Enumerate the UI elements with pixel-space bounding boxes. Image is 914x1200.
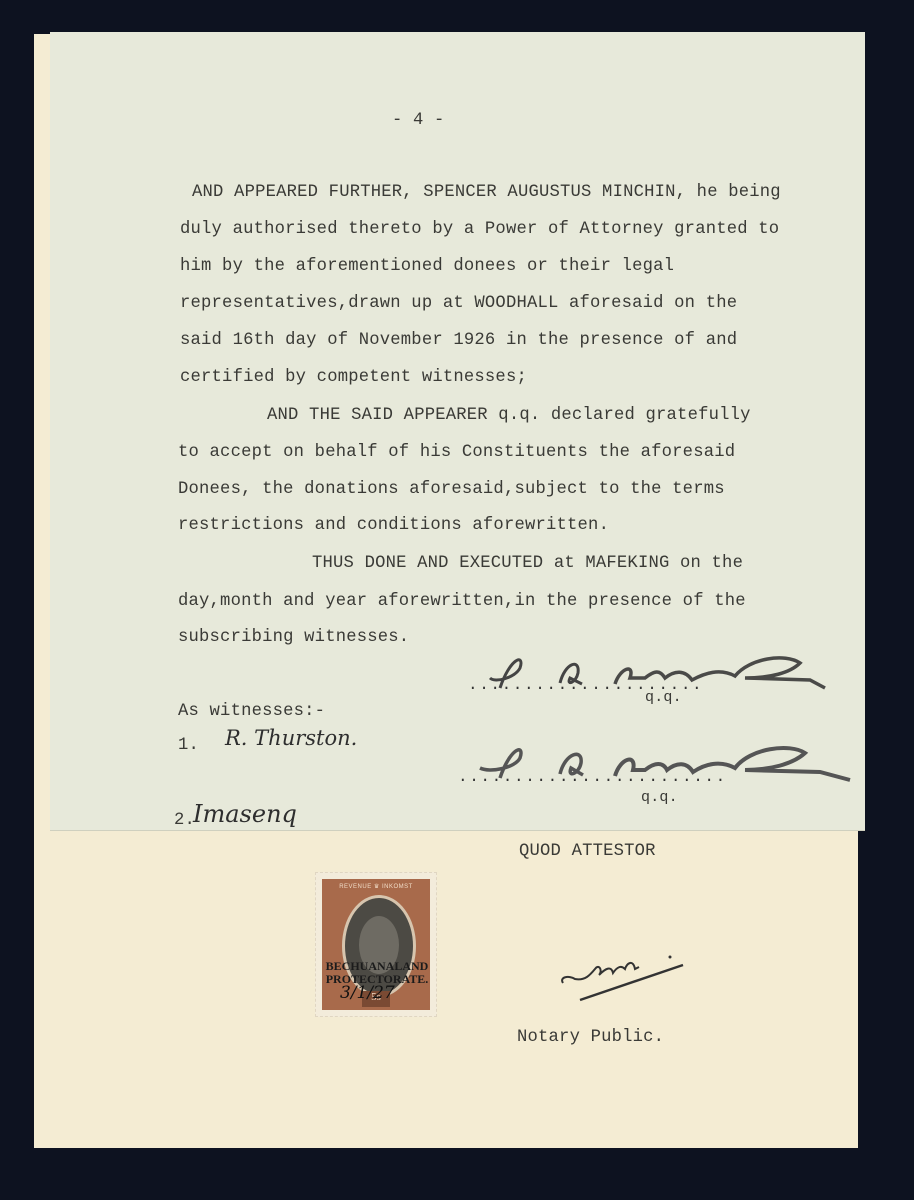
body-line: AND THE SAID APPEARER q.q. declared grat… (267, 407, 751, 424)
quod-attestor-heading: QUOD ATTESTOR (519, 843, 656, 860)
stamp-frame: REVENUE ♛ INKOMST BECHUANALAND PROTECTOR… (322, 879, 430, 1010)
body-line: restrictions and conditions aforewritten… (178, 517, 609, 534)
qq-label: q.q. (645, 690, 682, 705)
revenue-stamp: REVENUE ♛ INKOMST BECHUANALAND PROTECTOR… (315, 872, 437, 1017)
body-line: duly authorised thereto by a Power of At… (180, 221, 779, 238)
qq-label: q.q. (641, 790, 678, 805)
body-line: Donees, the donations aforesaid,subject … (178, 481, 725, 498)
notary-public-label: Notary Public. (517, 1029, 664, 1046)
body-line: certified by competent witnesses; (180, 369, 527, 386)
body-line: him by the aforementioned donees or thei… (180, 258, 674, 275)
witness-signature-1: R. Thurston. (225, 726, 357, 750)
stamp-cancellation: 3/1/27 (340, 983, 395, 1003)
witness-number-1: 1. (178, 737, 199, 754)
signature-line: ........................ (458, 768, 727, 786)
witness-number-2: 2. (174, 812, 195, 829)
body-line: to accept on behalf of his Constituents … (178, 444, 735, 461)
upper-sheet (50, 32, 865, 830)
notary-signature-icon (555, 955, 695, 1005)
body-line: THUS DONE AND EXECUTED at MAFEKING on th… (312, 555, 743, 572)
body-line: representatives,drawn up at WOODHALL afo… (180, 295, 737, 312)
witness-signature-2: Imasenq (193, 800, 297, 828)
body-line: said 16th day of November 1926 in the pr… (180, 332, 737, 349)
body-line: subscribing witnesses. (178, 629, 409, 646)
body-line: day,month and year aforewritten,in the p… (178, 593, 746, 610)
stamp-top-text: REVENUE ♛ INKOMST (332, 882, 420, 892)
page-number: - 4 - (392, 112, 445, 129)
body-line: AND APPEARED FURTHER, SPENCER AUGUSTUS M… (192, 184, 781, 201)
witnesses-heading: As witnesses:- (178, 703, 325, 720)
